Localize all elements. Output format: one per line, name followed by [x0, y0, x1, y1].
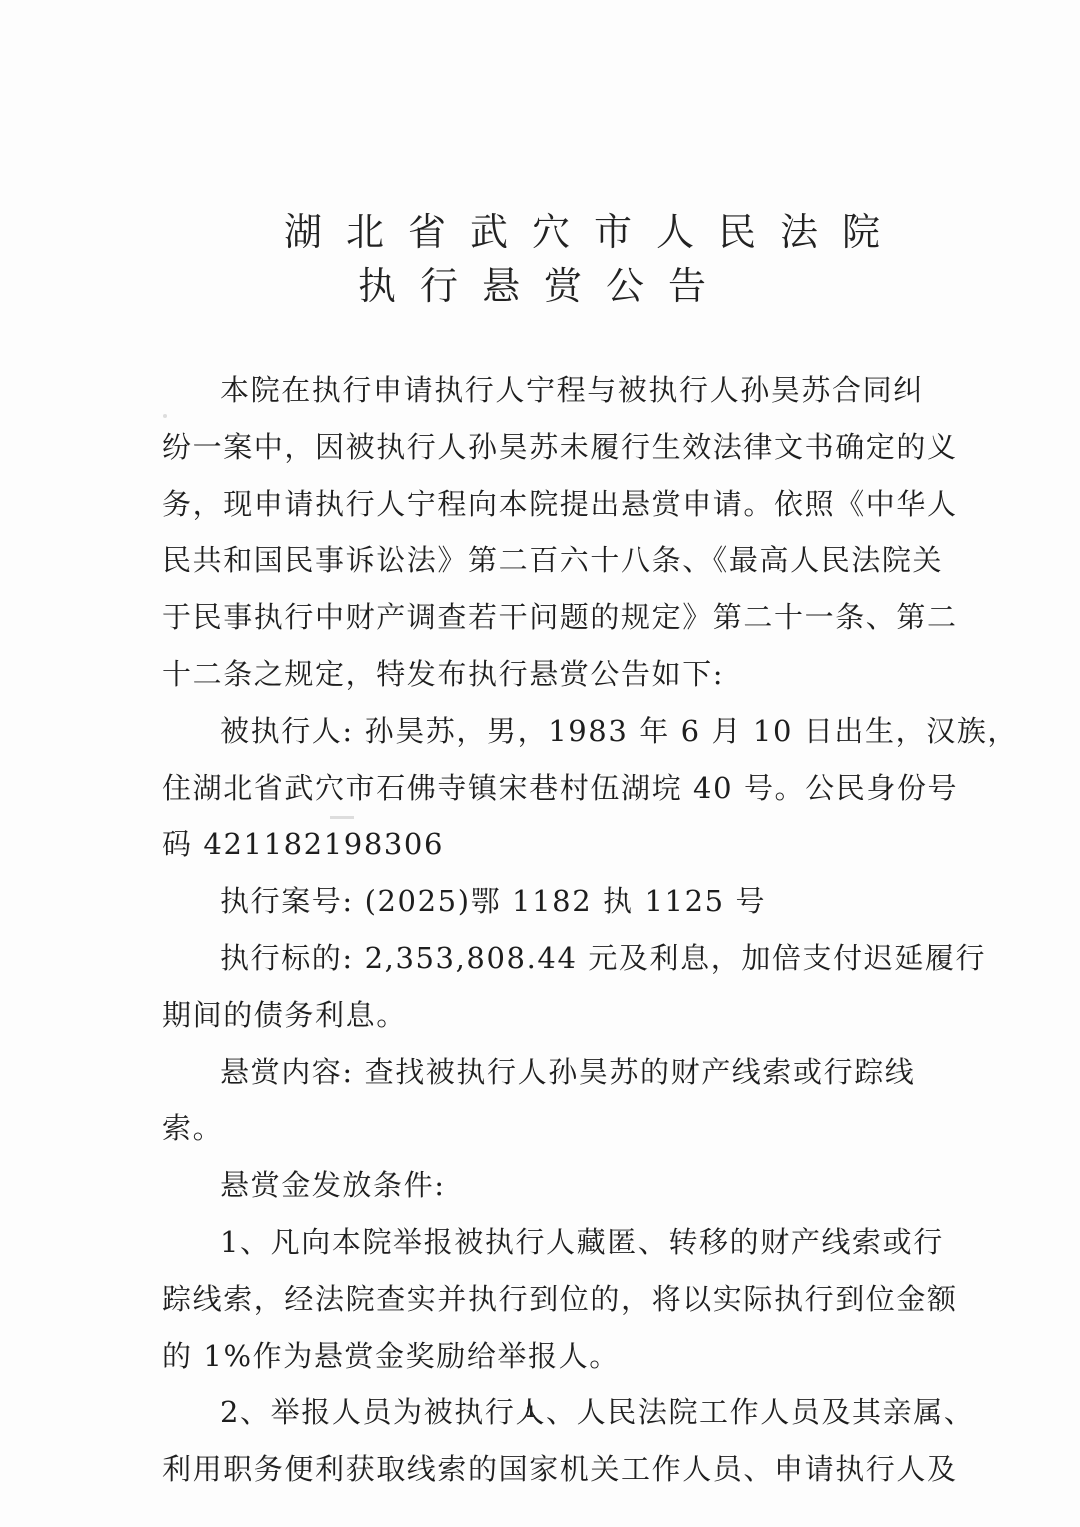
text-line: 务，现申请执行人宁程向本院提出悬赏申请。依照《中华人 [162, 476, 922, 533]
text-line: 民共和国民事诉讼法》第二百六十八条、《最高人民法院关 [162, 532, 922, 589]
text-line: 期间的债务利息。 [162, 987, 922, 1044]
scan-artifact [163, 414, 167, 418]
text-line-condition-1: 1、凡向本院举报被执行人藏匿、转移的财产线索或行 [162, 1214, 922, 1271]
text-line: 索。 [162, 1100, 922, 1157]
text-line: 纷一案中，因被执行人孙昊苏未履行生效法律文书确定的义 [162, 419, 922, 476]
text-line: 踪线索，经法院查实并执行到位的，将以实际执行到位金额 [162, 1271, 922, 1328]
text-line: 住湖北省武穴市石佛寺镇宋巷村伍湖垸 40 号。公民身份号 [162, 760, 922, 817]
document-page: 湖北省武穴市人民法院 执行悬赏公告 本院在执行申请执行人宁程与被执行人孙昊苏合同… [0, 0, 1080, 1527]
text-line-amount: 执行标的: 2,353,808.44 元及利息，加倍支付迟延履行 [162, 930, 922, 987]
scan-artifact [330, 816, 354, 819]
text-line-reward-conditions-heading: 悬赏金发放条件: [162, 1157, 922, 1214]
text-line: 利用职务便利获取线索的国家机关工作人员、申请执行人及 [162, 1441, 922, 1498]
text-line-case-number: 执行案号: (2025)鄂 1182 执 1125 号 [162, 873, 922, 930]
text-line-condition-2: 2、举报人员为被执行人、人民法院工作人员及其亲属、 [162, 1384, 922, 1441]
text-line: 十二条之规定，特发布执行悬赏公告如下: [162, 646, 922, 703]
text-line: 于民事执行中财产调查若干问题的规定》第二十一条、第二 [162, 589, 922, 646]
text-line: 本院在执行申请执行人宁程与被执行人孙昊苏合同纠 [162, 362, 922, 419]
page-number: 1 [526, 1402, 535, 1422]
text-line-id-number: 码 421182198306 [162, 816, 922, 873]
notice-body: 本院在执行申请执行人宁程与被执行人孙昊苏合同纠 纷一案中，因被执行人孙昊苏未履行… [162, 362, 922, 1498]
text-line-reward-content: 悬赏内容: 查找被执行人孙昊苏的财产线索或行踪线 [162, 1044, 922, 1101]
text-line-respondent: 被执行人: 孙昊苏，男，1983 年 6 月 10 日出生，汉族， [162, 703, 922, 760]
notice-title-heading: 执行悬赏公告 [358, 254, 730, 318]
text-line: 的 1%作为悬赏金奖励给举报人。 [162, 1328, 922, 1385]
